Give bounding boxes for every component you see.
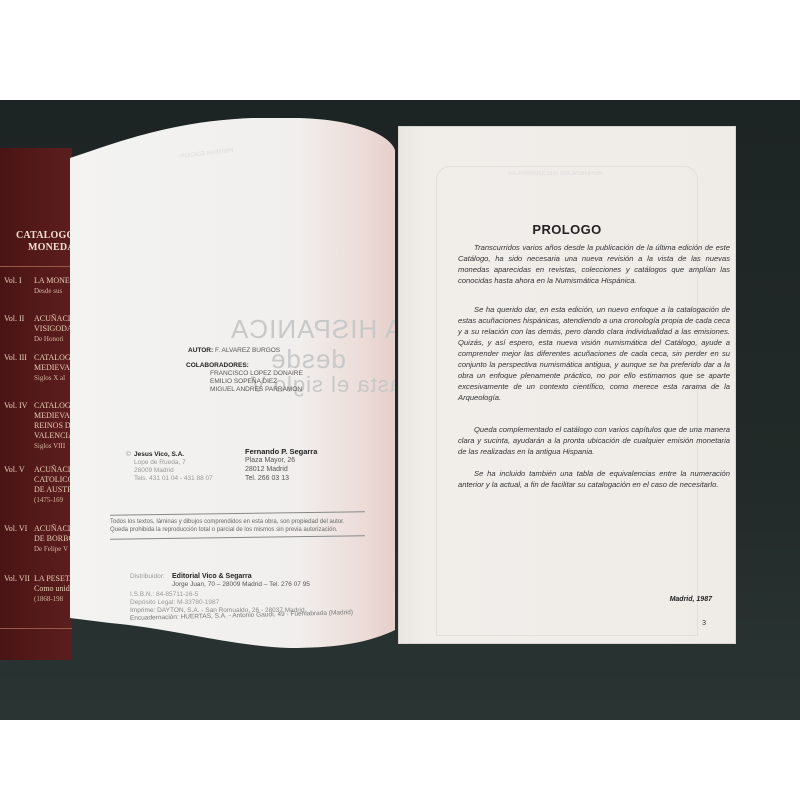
publisher2-phone: Tel. 266 03 13 [245,475,289,483]
rights-line-1: Todos los textos, láminas y dibujos comp… [110,518,344,526]
photo-scene: CATALOGO G MONEDAS Vol. ILA MONEDesde su… [0,0,800,800]
volume-number: Vol. III [4,353,27,363]
collaborator-1: FRANCISCO LOPEZ DONAIRE [210,370,303,378]
distributor-address: Jorge Juan, 70 – 28009 Madrid – Tel. 276… [172,581,310,589]
publisher2-address: Plaza Mayor, 26 [245,457,295,465]
volume-title: CATALOGMEDIEVALREINOS DVALENCIASiglos VI… [34,401,72,451]
volume-number: Vol. VII [4,574,30,584]
volume-number: Vol. VI [4,524,27,534]
publisher1-city: 28009 Madrid [134,467,174,475]
volume-title: LA MONEDesde sus [34,276,70,296]
volume-title: CATALOGMEDIEVALSiglos X al [34,353,72,383]
volume-number: Vol. I [4,276,22,286]
volume-title: ACUÑACIOCATOLICODE AUSTR(1475-169 [34,465,72,505]
prologue-paragraph-4: Se ha incluido también una tabla de equi… [458,468,730,490]
cover-title-line2: MONEDAS [28,242,72,254]
collaborator-3: MIGUEL ANDRES PARRAMON [210,386,302,394]
prologue-paragraph-3: Queda complementado el catálogo con vari… [458,424,730,457]
prologue-signature: Madrid, 1987 [670,596,712,603]
distributor-name: Editorial Vico & Segarra [172,573,252,581]
collaborators-label: COLABORADORES: [186,362,249,370]
running-head-ghost: PRIMERA EDICION [180,147,234,161]
rights-line-2: Queda prohibida la reproducción total o … [110,526,337,534]
volume-title: LA PESETAComo unid(1868-198 [34,574,72,604]
legal-deposit: Depósito Legal: M-33780-1987 [130,599,219,607]
publisher1-address: Lope de Rueda, 7 [134,459,186,467]
volume-title: ACUÑACIODE BORBODe Felipe V [34,524,72,554]
right-page: REFERENCIAS BIBLIOGRAFICAS PROLOGO Trans… [398,126,736,644]
rights-rule-bottom [110,535,365,540]
distributor-label: Distribuidor: [130,573,165,581]
prologue-title: PROLOGO [398,222,736,237]
cover-divider-top [0,266,72,267]
copyright-symbol: © [126,451,131,459]
isbn: I.S.B.N.: 84-85711-16-5 [130,591,198,599]
ghost-heading: REFERENCIAS BIBLIOGRAFICAS [508,170,602,178]
volume-number: Vol. II [4,314,24,324]
rights-rule-top [110,511,365,516]
publisher2-name: Fernando P. Segarra [245,448,317,456]
publisher1-name: Jesus Vico, S.A. [134,451,184,459]
prologue-paragraph-2: Se ha querido dar, en esta edición, un n… [458,304,730,403]
catalog-cover: CATALOGO G MONEDAS Vol. ILA MONEDesde su… [0,148,72,660]
volume-number: Vol. IV [4,401,27,411]
prologue-paragraph-1: Transcurridos varios años desde la publi… [458,242,730,286]
author-name: F. ALVAREZ BURGOS [215,347,280,355]
publisher1-phone: Tels. 431 01 04 - 431 88 07 [134,475,213,483]
volume-number: Vol. V [4,465,25,475]
volume-title: ACUÑACIVISIGODADe Honori [34,314,72,344]
publisher2-city: 28012 Madrid [245,466,288,474]
author-label: AUTOR: [188,347,213,355]
cover-divider-bottom [0,628,72,629]
collaborator-2: EMILIO SOPEÑA DIEZ [210,378,277,386]
cover-title-line1: CATALOGO G [16,230,72,242]
left-page: PRIMERA EDICION LA MONEDA HISPANICA desd… [70,118,395,658]
page-number: 3 [702,620,706,627]
